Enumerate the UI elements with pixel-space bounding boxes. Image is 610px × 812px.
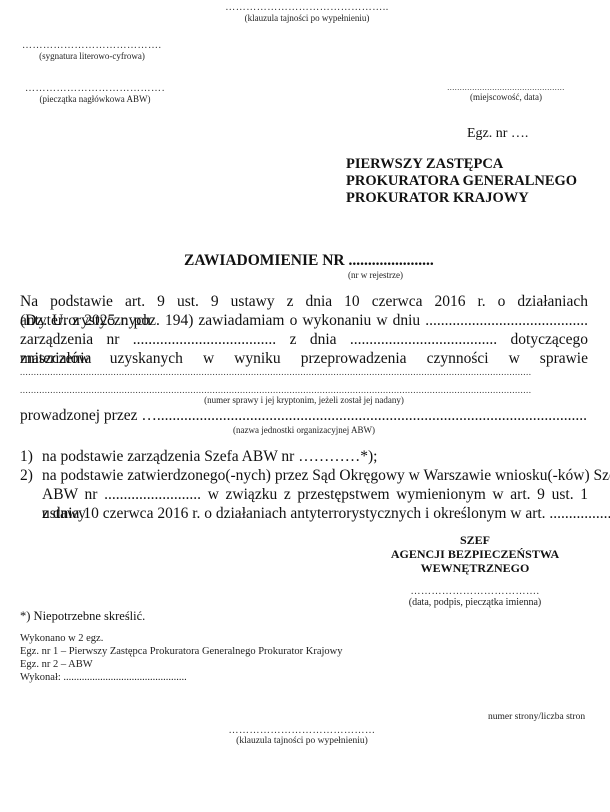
signatory-signature-field[interactable]: ………………………………. [390,586,560,597]
classification-bottom: …………………………………… (klauzula tajności po wyp… [212,725,392,746]
signatory-block: SZEF AGENCJI BEZPIECZEŃSTWA WEWNĘTRZNEGO [370,533,580,575]
signatory-line-2: AGENCJI BEZPIECZEŃSTWA [370,547,580,561]
list-item-2-number: 2) [20,466,42,485]
copy-number: Egz. nr …. [467,126,528,142]
list-item-1-text: na podstawie zarządzenia Szefa ABW nr ……… [42,448,377,465]
addressee-line-3: PROKURATOR KRAJOWY [346,190,577,207]
signatory-line-3: WEWNĘTRZNEGO [370,561,580,575]
classification-top-caption: (klauzula tajności po wypełnieniu) [222,13,392,23]
classification-bottom-field[interactable]: …………………………………… [212,725,392,736]
copies-made: Wykonano w 2 egz. [20,632,342,645]
addressee-line-1: PIERWSZY ZASTĘPCA [346,156,577,173]
title-caption: (nr w rejestrze) [348,270,403,280]
signatory-caption: (data, podpis, pieczątka imienna) [390,597,560,608]
classification-bottom-caption: (klauzula tajności po wypełnieniu) [212,736,392,746]
stamp-caption: (pieczątka nagłówkowa ABW) [25,94,165,104]
footnote: *) Niepotrzebne skreślić. [20,609,145,624]
stamp-field[interactable]: …………………………………… [25,83,165,94]
signature-caption: (sygnatura literowo-cyfrowa) [22,51,162,61]
copies-block: Wykonano w 2 egz. Egz. nr 1 – Pierwszy Z… [20,632,342,684]
list-item-2-text: na podstawie zatwierdzonego(-nych) przez… [42,467,610,484]
list-item-2: 2)na podstawie zatwierdzonego(-nych) prz… [20,466,588,485]
stamp-block: …………………………………… (pieczątka nagłówkowa ABW… [25,83,165,104]
list-item-1: 1)na podstawie zarządzenia Szefa ABW nr … [20,447,588,466]
classification-top-field[interactable]: ……………………………………….. [222,2,392,13]
classification-top: ……………………………………….. (klauzula tajności po … [222,2,392,23]
body-line-2: (Dz. U. z 2025 r. poz. 194) zawiadamiam … [20,311,588,330]
copy-1-recipient: Egz. nr 1 – Pierwszy Zastępca Prokurator… [20,645,342,658]
document-title: ZAWIADOMIENIE NR ...................... [184,252,434,270]
list-item-2-line-3: z dnia 10 czerwca 2016 r. o działaniach … [42,504,588,523]
list-item-1-number: 1) [20,447,42,466]
signature-area: ………………………………. (data, podpis, pieczątka i… [390,586,560,608]
case-field-line-1[interactable]: ........................................… [20,363,588,382]
signature-field[interactable]: ………………………………….. [22,40,162,51]
conducted-by-field[interactable]: prowadzonej przez ….....................… [20,406,588,425]
copy-2-recipient: Egz. nr 2 – ABW [20,658,342,671]
place-date-field[interactable]: ........................................… [436,83,576,92]
addressee-block: PIERWSZY ZASTĘPCA PROKURATORA GENERALNEG… [346,156,577,207]
signatory-line-1: SZEF [370,533,580,547]
page-info: numer strony/liczba stron [488,712,585,722]
unit-caption: (nazwa jednostki organizacyjnej ABW) [20,425,588,435]
place-date-block: ........................................… [436,83,576,102]
addressee-line-2: PROKURATORA GENERALNEGO [346,173,577,190]
signature-block: ………………………………….. (sygnatura literowo-cyfr… [22,40,162,61]
case-caption: (numer sprawy i jej kryptonim, jeżeli zo… [20,395,588,405]
place-date-caption: (miejscowość, data) [436,92,576,102]
executed-by-field[interactable]: Wykonał: ...............................… [20,671,342,684]
